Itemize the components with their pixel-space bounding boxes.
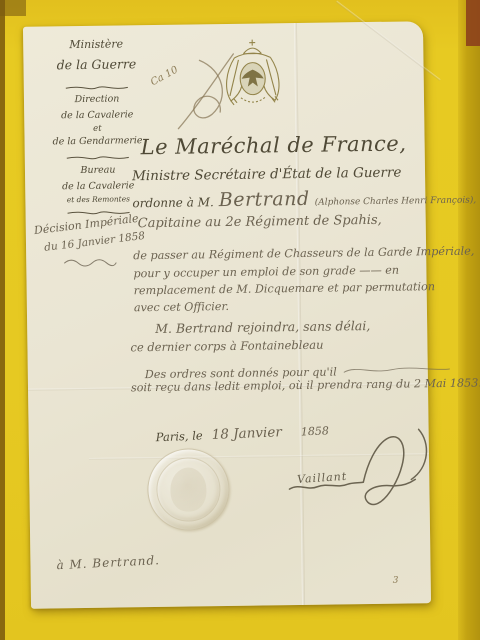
rank-line: Capitaine au 2e Régiment de Spahis, [138, 213, 382, 231]
letterhead-direction-line3: et [38, 123, 156, 135]
document-subtitle: Ministre Secrétaire d'État de la Guerre [132, 165, 402, 185]
seal-arms-relief [170, 467, 207, 511]
ordonne-line: ordonne à M. Bertrand (Alphonse Charles … [132, 186, 476, 213]
recipient-name: Bertrand [219, 188, 310, 211]
background-corner-top-left [0, 0, 26, 16]
document-title: Le Maréchal de France, [140, 131, 406, 159]
corner-mark: 3 [393, 576, 399, 586]
background-shadow-right [458, 0, 480, 640]
letterhead-divider-1 [64, 83, 130, 92]
transfer-line2: pour y occuper un emploi de son grade ——… [133, 264, 399, 281]
background-edge-left [0, 0, 5, 640]
addressee-line: à M. Bertrand. [56, 553, 160, 572]
registry-paraph [169, 50, 250, 136]
minister-signature: Vaillant [281, 423, 443, 535]
background-corner-top-right [466, 0, 480, 46]
letterhead-direction-line4: de la Gendarmerie [38, 135, 156, 148]
ordonne-prefix: ordonne à M. [132, 195, 214, 210]
join-line1: M. Bertrand rejoindra, sans délai, [155, 318, 370, 336]
transfer-line4: avec cet Officier. [134, 300, 229, 314]
dateline-place: Paris, le [155, 428, 202, 444]
photo-background: Ministère de la Guerre Direction de la C… [0, 0, 480, 640]
transfer-line1: de passer au Régiment de Chasseurs de la… [133, 245, 474, 263]
transfer-line3: remplacement de M. Dicquemare et par per… [134, 280, 436, 297]
paper-fold-diagonal [336, 1, 441, 81]
embossed-imperial-seal [147, 448, 230, 531]
document-paper: Ministère de la Guerre Direction de la C… [23, 21, 431, 609]
letterhead-ministry-line2: de la Guerre [37, 56, 155, 73]
join-line2: ce dernier corps à Fontainebleau [130, 338, 323, 355]
dateline-date: 18 Janvier [211, 424, 282, 443]
letterhead-direction-line2: de la Cavalerie [38, 109, 156, 122]
letterhead-ministry-line1: Ministère [37, 37, 155, 52]
letterhead-divider-2 [65, 153, 131, 162]
orders-flourish [342, 364, 452, 376]
recipient-forenames: (Alphonse Charles Henri François), [315, 196, 477, 208]
decision-note-flourish [62, 258, 118, 269]
signature-name: Vaillant [297, 470, 348, 486]
letterhead-direction-line1: Direction [38, 93, 156, 106]
